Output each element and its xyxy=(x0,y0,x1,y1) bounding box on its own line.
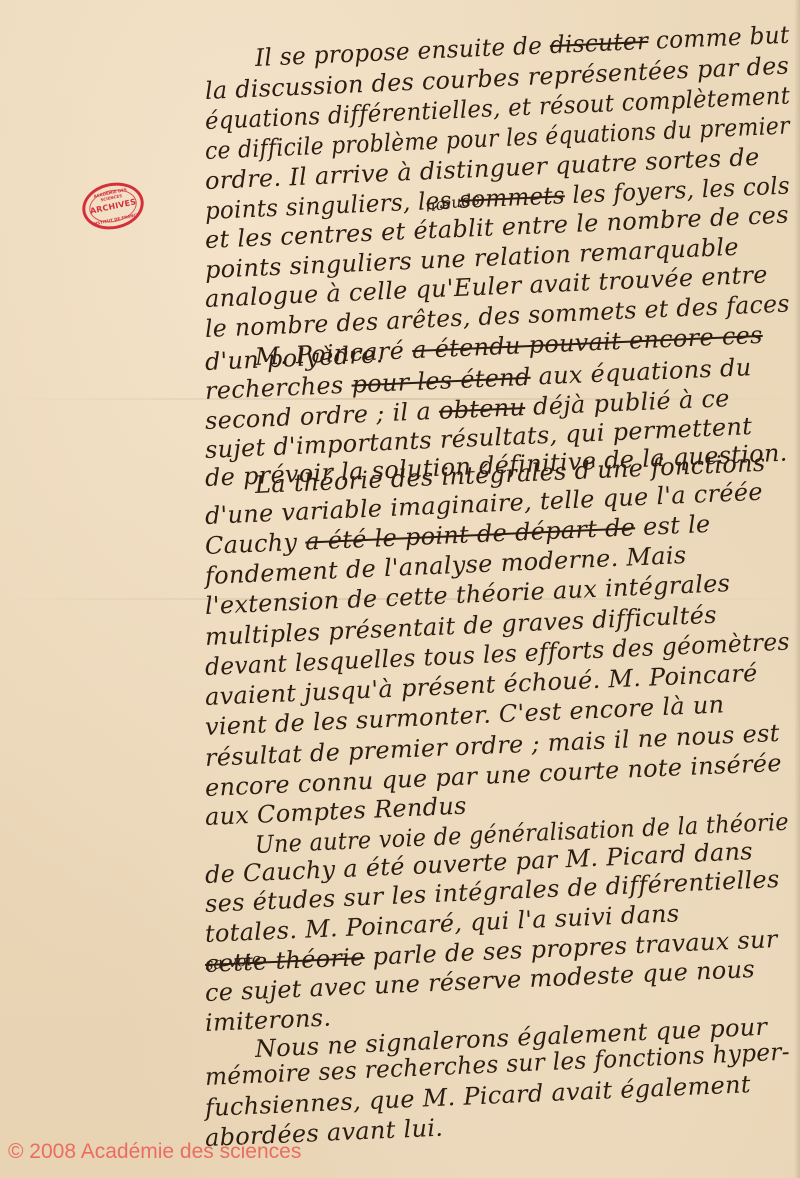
paper-edge xyxy=(794,0,800,1178)
archives-stamp: ACADÉMIE DES SCIENCES ARCHIVES INSTITUT … xyxy=(78,177,148,235)
line-text: est le xyxy=(635,510,712,541)
struck-text: obtenu xyxy=(438,393,526,425)
manuscript-page: ACADÉMIE DES SCIENCES ARCHIVES INSTITUT … xyxy=(0,0,800,1178)
struck-text: discuter xyxy=(549,27,649,59)
line-text: Cauchy xyxy=(204,527,305,559)
line-text: comme but xyxy=(648,21,790,55)
copyright-watermark: © 2008 Académie des sciences xyxy=(8,1140,301,1164)
line-text: M. Poincaré xyxy=(254,336,412,371)
